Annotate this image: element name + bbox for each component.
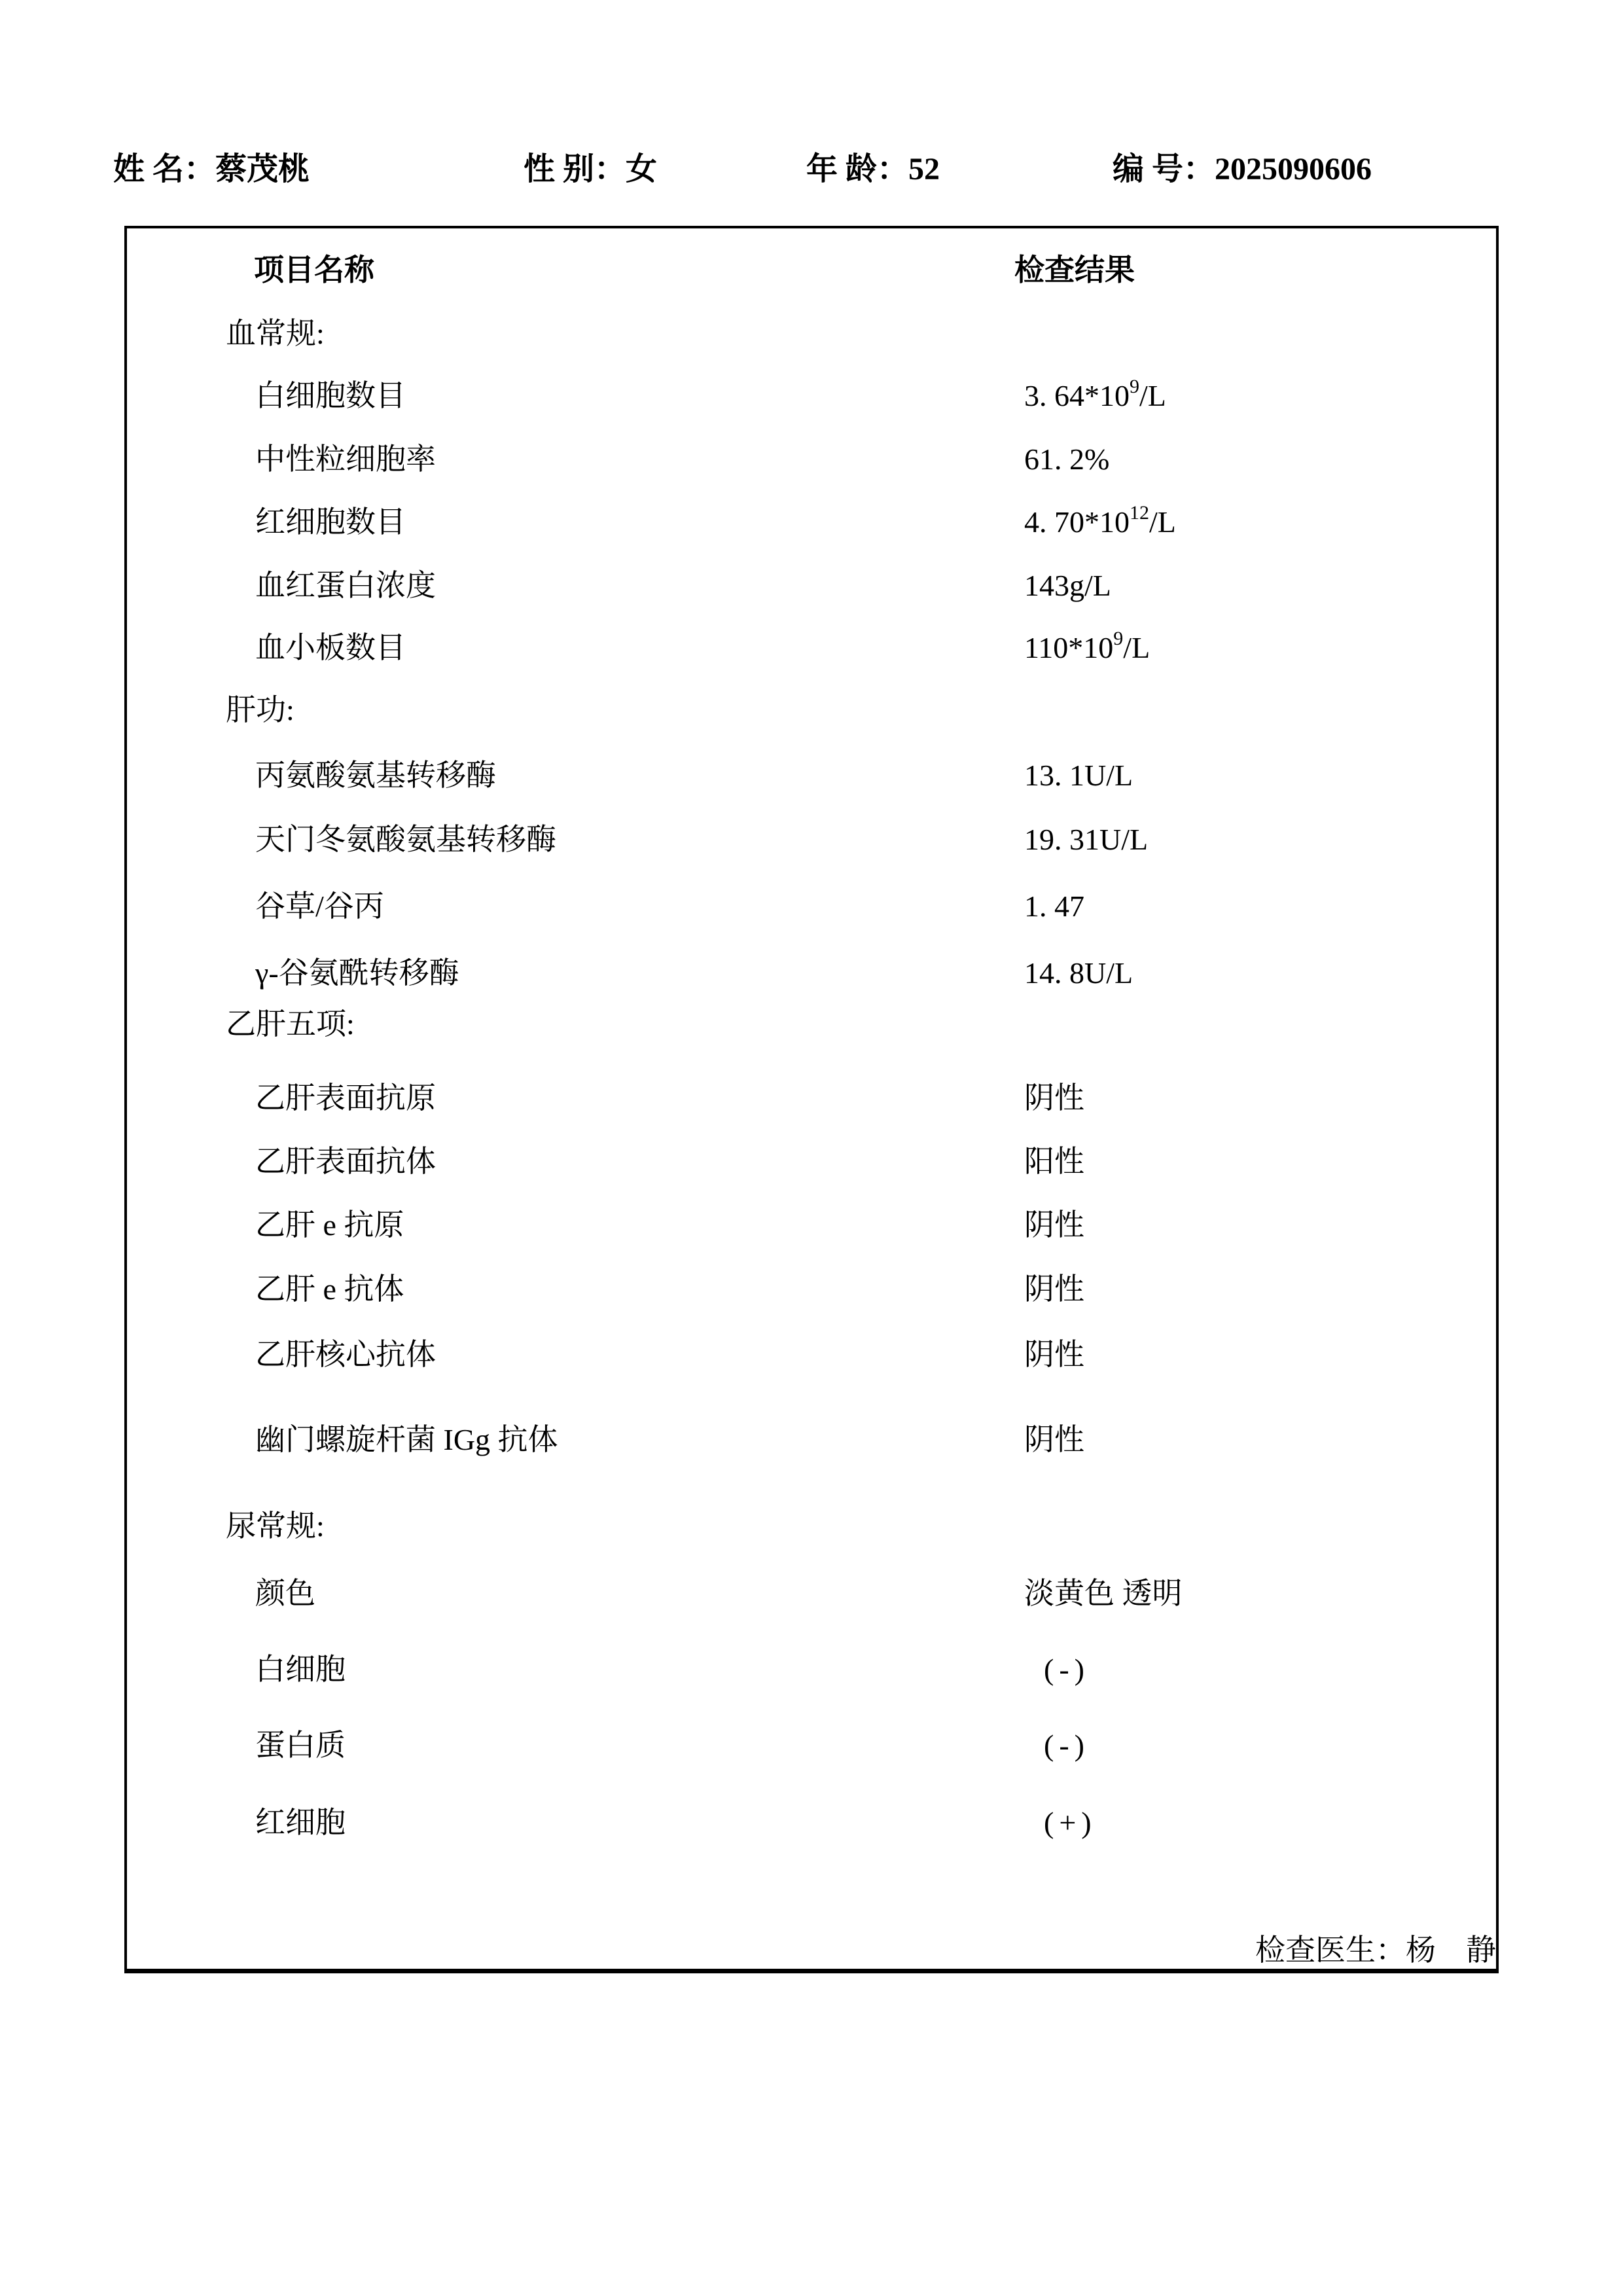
doctor-name: 杨 静 xyxy=(1406,1933,1496,1967)
doctor-label: 检查医生： xyxy=(1255,1933,1406,1967)
row-value-text: /L xyxy=(1123,631,1150,664)
patient-age-value: 52 xyxy=(908,152,940,187)
row-value-text: 阴性 xyxy=(1024,1081,1084,1115)
row-label: 红细胞 xyxy=(255,1803,346,1843)
item-row: 丙氨酸氨基转移酶13. 1U/L xyxy=(0,755,1623,796)
row-value-text: 阴性 xyxy=(1024,1272,1084,1306)
row-value-text: 19. 31U/L xyxy=(1024,823,1148,856)
row-value-text: 13. 1U/L xyxy=(1024,759,1133,792)
item-row: 蛋白质(-) xyxy=(0,1725,1623,1766)
patient-gender-label: 性 别： xyxy=(524,152,626,187)
row-label: 白细胞数目 xyxy=(255,376,406,416)
patient-name-label: 姓 名： xyxy=(113,152,215,187)
row-value-text: 1. 47 xyxy=(1024,889,1084,923)
item-row: 颜色淡黄色 透明 xyxy=(0,1573,1623,1614)
section-row: 尿常规: xyxy=(0,1506,1623,1547)
row-label: 蛋白质 xyxy=(255,1725,346,1766)
row-value: 阴性 xyxy=(1024,1269,1084,1310)
row-value: 14. 8U/L xyxy=(1024,953,1133,994)
row-label: 乙肝核心抗体 xyxy=(255,1335,436,1375)
row-value: 淡黄色 透明 xyxy=(1024,1573,1183,1614)
row-value: 19. 31U/L xyxy=(1024,819,1148,860)
row-value-text: /L xyxy=(1149,505,1176,539)
row-label: 血小板数目 xyxy=(255,628,406,668)
patient-age-field: 年 龄：52 xyxy=(806,149,940,190)
item-row: 中性粒细胞率61. 2% xyxy=(0,439,1623,480)
row-value-text: 淡黄色 透明 xyxy=(1024,1577,1183,1610)
item-row: 幽门螺旋杆菌 IGg 抗体阴性 xyxy=(0,1420,1623,1460)
row-label: 丙氨酸氨基转移酶 xyxy=(255,755,496,796)
row-value-text: 4. 70*10 xyxy=(1024,505,1130,539)
doctor-signature: 检查医生：杨 静 xyxy=(1255,1931,1496,1970)
section-row: 血常规: xyxy=(0,314,1623,354)
row-label: 中性粒细胞率 xyxy=(255,439,436,480)
row-label: 血红蛋白浓度 xyxy=(255,565,436,606)
row-value-text: (+) xyxy=(1044,1806,1097,1839)
row-label: 红细胞数目 xyxy=(255,502,406,543)
row-label: 乙肝 e 抗体 xyxy=(255,1269,404,1310)
row-value-text: 61. 2% xyxy=(1024,442,1109,476)
item-row: γ-谷氨酰转移酶14. 8U/L xyxy=(0,953,1623,994)
row-value: 阴性 xyxy=(1024,1420,1084,1460)
row-value-superscript: 12 xyxy=(1130,502,1149,524)
row-label: 乙肝表面抗原 xyxy=(255,1078,436,1119)
row-value: 阴性 xyxy=(1024,1078,1084,1119)
patient-age-label: 年 龄： xyxy=(806,152,908,187)
row-value-text: 阴性 xyxy=(1024,1338,1084,1371)
row-label: 尿常规: xyxy=(226,1506,325,1547)
row-label: 天门冬氨酸氨基转移酶 xyxy=(255,819,556,860)
row-label: 血常规: xyxy=(226,314,325,354)
column-header-item-name: 项目名称 xyxy=(254,250,374,291)
section-row: 乙肝五项: xyxy=(0,1004,1623,1045)
item-row: 白细胞数目3. 64*109/L xyxy=(0,376,1623,416)
row-value: 1. 47 xyxy=(1024,886,1084,927)
report-id-value: 2025090606 xyxy=(1215,152,1372,187)
row-value-text: (-) xyxy=(1044,1729,1090,1762)
row-label: 谷草/谷丙 xyxy=(255,886,384,927)
item-row: 红细胞数目4. 70*1012/L xyxy=(0,502,1623,543)
row-value-text: (-) xyxy=(1044,1653,1090,1686)
item-row: 乙肝表面抗原阴性 xyxy=(0,1078,1623,1119)
row-value-superscript: 9 xyxy=(1113,628,1123,649)
row-value-text: 3. 64*10 xyxy=(1024,379,1130,412)
row-label: 肝功: xyxy=(226,690,294,730)
row-value-text: 14. 8U/L xyxy=(1024,956,1133,990)
report-id-label: 编 号： xyxy=(1113,152,1215,187)
patient-gender-field: 性 别：女 xyxy=(524,149,657,190)
row-label: 乙肝 e 抗原 xyxy=(255,1205,404,1246)
item-row: 乙肝 e 抗原阴性 xyxy=(0,1205,1623,1246)
item-row: 血小板数目110*109/L xyxy=(0,628,1623,668)
item-row: 天门冬氨酸氨基转移酶19. 31U/L xyxy=(0,819,1623,860)
row-value: (-) xyxy=(1044,1725,1090,1766)
row-label: 乙肝表面抗体 xyxy=(255,1141,436,1182)
item-row: 谷草/谷丙1. 47 xyxy=(0,886,1623,927)
patient-name-value: 蔡茂桃 xyxy=(215,152,310,187)
row-value: 13. 1U/L xyxy=(1024,755,1133,796)
row-value: (+) xyxy=(1044,1803,1097,1843)
item-row: 血红蛋白浓度143g/L xyxy=(0,565,1623,606)
row-label: 乙肝五项: xyxy=(226,1004,355,1045)
row-value-text: 143g/L xyxy=(1024,569,1111,602)
row-value: 阴性 xyxy=(1024,1335,1084,1375)
row-value-text: 110*10 xyxy=(1024,631,1113,664)
row-value-superscript: 9 xyxy=(1130,376,1139,397)
item-row: 红细胞(+) xyxy=(0,1803,1623,1843)
row-value: 3. 64*109/L xyxy=(1024,376,1166,416)
report-id-field: 编 号：2025090606 xyxy=(1113,149,1372,190)
row-value: 61. 2% xyxy=(1024,439,1109,480)
row-label: 幽门螺旋杆菌 IGg 抗体 xyxy=(255,1420,558,1460)
row-value-text: /L xyxy=(1139,379,1166,412)
row-label: γ-谷氨酰转移酶 xyxy=(255,953,459,994)
row-value-text: 阳性 xyxy=(1024,1145,1084,1178)
patient-name-field: 姓 名：蔡茂桃 xyxy=(113,149,310,190)
row-label: 白细胞 xyxy=(255,1649,346,1690)
patient-gender-value: 女 xyxy=(626,152,657,187)
row-value: 110*109/L xyxy=(1024,628,1150,668)
section-row: 肝功: xyxy=(0,690,1623,730)
item-row: 乙肝 e 抗体阴性 xyxy=(0,1269,1623,1310)
row-value-text: 阴性 xyxy=(1024,1423,1084,1456)
row-label: 颜色 xyxy=(255,1573,315,1614)
row-value: 阳性 xyxy=(1024,1141,1084,1182)
row-value: 阴性 xyxy=(1024,1205,1084,1246)
row-value: 4. 70*1012/L xyxy=(1024,502,1176,543)
row-value: 143g/L xyxy=(1024,565,1111,606)
row-value: (-) xyxy=(1044,1649,1090,1690)
column-header-result: 检查结果 xyxy=(1014,250,1135,291)
row-value-text: 阴性 xyxy=(1024,1208,1084,1242)
item-row: 白细胞(-) xyxy=(0,1649,1623,1690)
item-row: 乙肝核心抗体阴性 xyxy=(0,1335,1623,1375)
medical-report-page: 姓 名：蔡茂桃 性 别：女 年 龄：52 编 号：2025090606 项目名称… xyxy=(0,0,1623,2296)
item-row: 乙肝表面抗体阳性 xyxy=(0,1141,1623,1182)
